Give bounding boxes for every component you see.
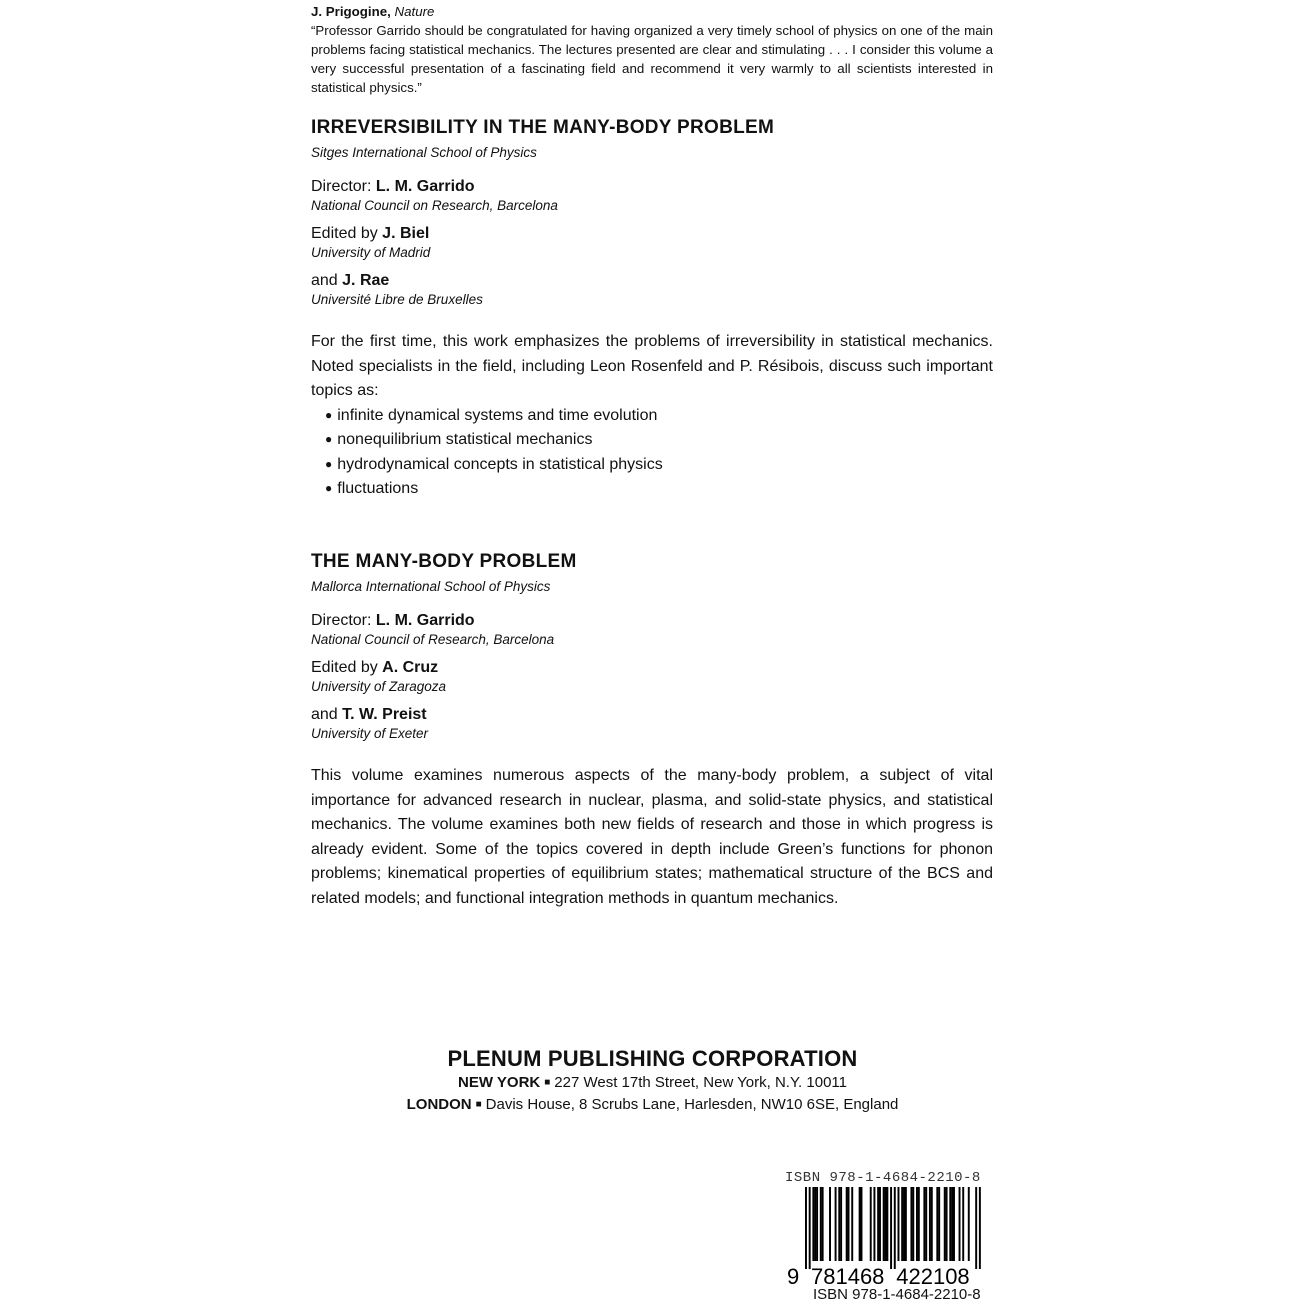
role-label: Edited by bbox=[311, 659, 378, 676]
role-label: Director: bbox=[311, 178, 371, 195]
review-quote: “Professor Garrido should be congratulat… bbox=[311, 21, 993, 97]
role-label: Edited by bbox=[311, 225, 378, 242]
role-label: and bbox=[311, 706, 338, 723]
affiliation: University of Exeter bbox=[311, 725, 993, 742]
section-title: THE MANY-BODY PROBLEM bbox=[311, 550, 993, 574]
people-list: Director: L. M. Garrido National Council… bbox=[311, 177, 993, 308]
person-name: T. W. Preist bbox=[342, 706, 426, 723]
affiliation: University of Madrid bbox=[311, 244, 993, 261]
topics-list: infinite dynamical systems and time evol… bbox=[311, 404, 993, 502]
school-name: Mallorca International School of Physics bbox=[311, 578, 993, 596]
review-block: J. Prigogine, Nature “Professor Garrido … bbox=[311, 2, 993, 97]
list-item: hydrodynamical concepts in statistical p… bbox=[325, 453, 993, 478]
svg-text:781468: 781468 bbox=[811, 1264, 884, 1287]
role-label: and bbox=[311, 272, 338, 289]
editor: Edited by A. Cruz University of Zaragoza bbox=[311, 658, 993, 695]
review-author: J. Prigogine, bbox=[311, 4, 391, 19]
office-city: LONDON bbox=[407, 1096, 472, 1113]
isbn-barcode: ISBN 978-1-4684-2210-8 9781468422108 bbox=[785, 1170, 990, 1287]
section-title: IRREVERSIBILITY IN THE MANY-BODY PROBLEM bbox=[311, 116, 993, 140]
person-name: J. Biel bbox=[382, 225, 429, 242]
isbn-label-bottom: ISBN 978-1-4684-2210-8 bbox=[813, 1286, 981, 1304]
list-item: fluctuations bbox=[325, 477, 993, 502]
affiliation: University of Zaragoza bbox=[311, 678, 993, 695]
school-name: Sitges International School of Physics bbox=[311, 144, 993, 162]
office-address: Davis House, 8 Scrubs Lane, Harlesden, N… bbox=[486, 1096, 899, 1113]
publisher-block: PLENUM PUBLISHING CORPORATION NEW YORK■2… bbox=[300, 1045, 1005, 1117]
svg-text:422108: 422108 bbox=[896, 1264, 969, 1287]
square-bullet-icon: ■ bbox=[476, 1099, 482, 1110]
review-attribution: J. Prigogine, Nature bbox=[311, 2, 993, 21]
person-name: A. Cruz bbox=[382, 659, 438, 676]
role-label: Director: bbox=[311, 612, 371, 629]
office-new-york: NEW YORK■227 West 17th Street, New York,… bbox=[300, 1073, 1005, 1095]
director: Director: L. M. Garrido National Council… bbox=[311, 611, 993, 648]
director: Director: L. M. Garrido National Council… bbox=[311, 177, 993, 214]
isbn-label-top: ISBN 978-1-4684-2210-8 bbox=[785, 1170, 990, 1186]
affiliation: Université Libre de Bruxelles bbox=[311, 291, 993, 308]
office-london: LONDON■Davis House, 8 Scrubs Lane, Harle… bbox=[300, 1095, 1005, 1117]
editor: and J. Rae Université Libre de Bruxelles bbox=[311, 271, 993, 308]
svg-text:9: 9 bbox=[787, 1264, 799, 1287]
list-item: nonequilibrium statistical mechanics bbox=[325, 428, 993, 453]
affiliation: National Council of Research, Barcelona bbox=[311, 631, 993, 648]
review-source: Nature bbox=[395, 4, 435, 19]
person-name: L. M. Garrido bbox=[376, 612, 475, 629]
person-name: L. M. Garrido bbox=[376, 178, 475, 195]
office-city: NEW YORK bbox=[458, 1074, 540, 1091]
editor: Edited by J. Biel University of Madrid bbox=[311, 224, 993, 261]
editor: and T. W. Preist University of Exeter bbox=[311, 705, 993, 742]
section-description: This volume examines numerous aspects of… bbox=[311, 764, 993, 911]
people-list: Director: L. M. Garrido National Council… bbox=[311, 611, 993, 742]
affiliation: National Council on Research, Barcelona bbox=[311, 197, 993, 214]
section-many-body: THE MANY-BODY PROBLEM Mallorca Internati… bbox=[311, 550, 993, 911]
list-item: infinite dynamical systems and time evol… bbox=[325, 404, 993, 429]
barcode-icon: 9781468422108 bbox=[785, 1187, 995, 1287]
person-name: J. Rae bbox=[342, 272, 389, 289]
publisher-name: PLENUM PUBLISHING CORPORATION bbox=[300, 1045, 1005, 1073]
square-bullet-icon: ■ bbox=[544, 1077, 550, 1088]
section-irreversibility: IRREVERSIBILITY IN THE MANY-BODY PROBLEM… bbox=[311, 116, 993, 502]
section-description: For the first time, this work emphasizes… bbox=[311, 330, 993, 404]
office-address: 227 West 17th Street, New York, N.Y. 100… bbox=[554, 1074, 847, 1091]
